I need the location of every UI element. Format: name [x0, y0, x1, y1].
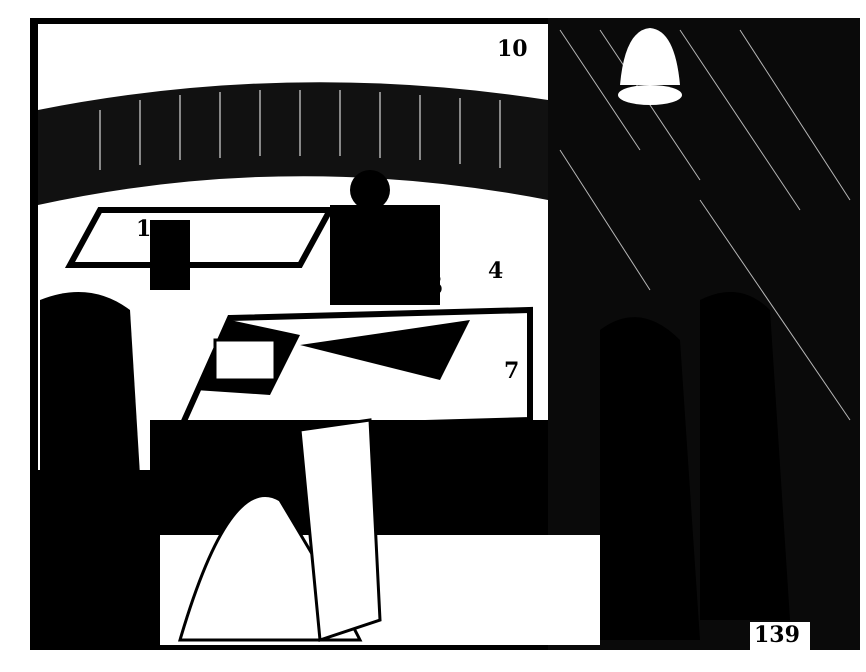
label-5: 5 — [428, 274, 443, 300]
label-4: 4 — [488, 258, 503, 284]
label-1: 1 — [136, 216, 151, 242]
page-number: 139 — [754, 622, 800, 648]
woodcut-drawing — [0, 0, 866, 672]
label-7: 7 — [504, 358, 519, 384]
label-10: 10 — [497, 36, 528, 62]
label-6: 6 — [154, 468, 169, 494]
woodcut-illustration: 10 1 4 5 7 6 139 — [0, 0, 866, 672]
